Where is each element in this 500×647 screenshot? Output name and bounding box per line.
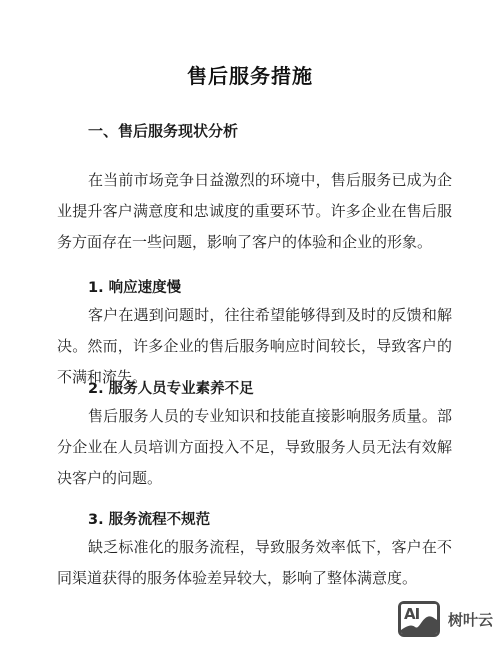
- watermark: AI 树叶云: [398, 601, 493, 637]
- document-title: 售后服务措施: [0, 60, 500, 89]
- item-body-2: 售后服务人员的专业知识和技能直接影响服务质量。部分企业在人员培训方面投入不足，导…: [57, 401, 452, 494]
- watermark-brand: 树叶云: [448, 609, 493, 630]
- section-heading: 一、售后服务现状分析: [88, 120, 238, 141]
- item-body-3: 缺乏标准化的服务流程，导致服务效率低下，客户在不同渠道获得的服务体验差异较大，影…: [57, 532, 452, 594]
- item-heading-2: 2. 服务人员专业素养不足: [88, 377, 254, 398]
- document-page: 售后服务措施 一、售后服务现状分析 在当前市场竞争日益激烈的环境中，售后服务已成…: [0, 0, 500, 647]
- item-heading-3: 3. 服务流程不规范: [88, 508, 210, 529]
- mountain-wave-icon: [401, 604, 437, 634]
- intro-paragraph: 在当前市场竞争日益激烈的环境中，售后服务已成为企业提升客户满意度和忠诚度的重要环…: [57, 165, 452, 258]
- ai-image-logo-icon: AI: [398, 601, 440, 637]
- item-heading-1: 1. 响应速度慢: [88, 276, 181, 297]
